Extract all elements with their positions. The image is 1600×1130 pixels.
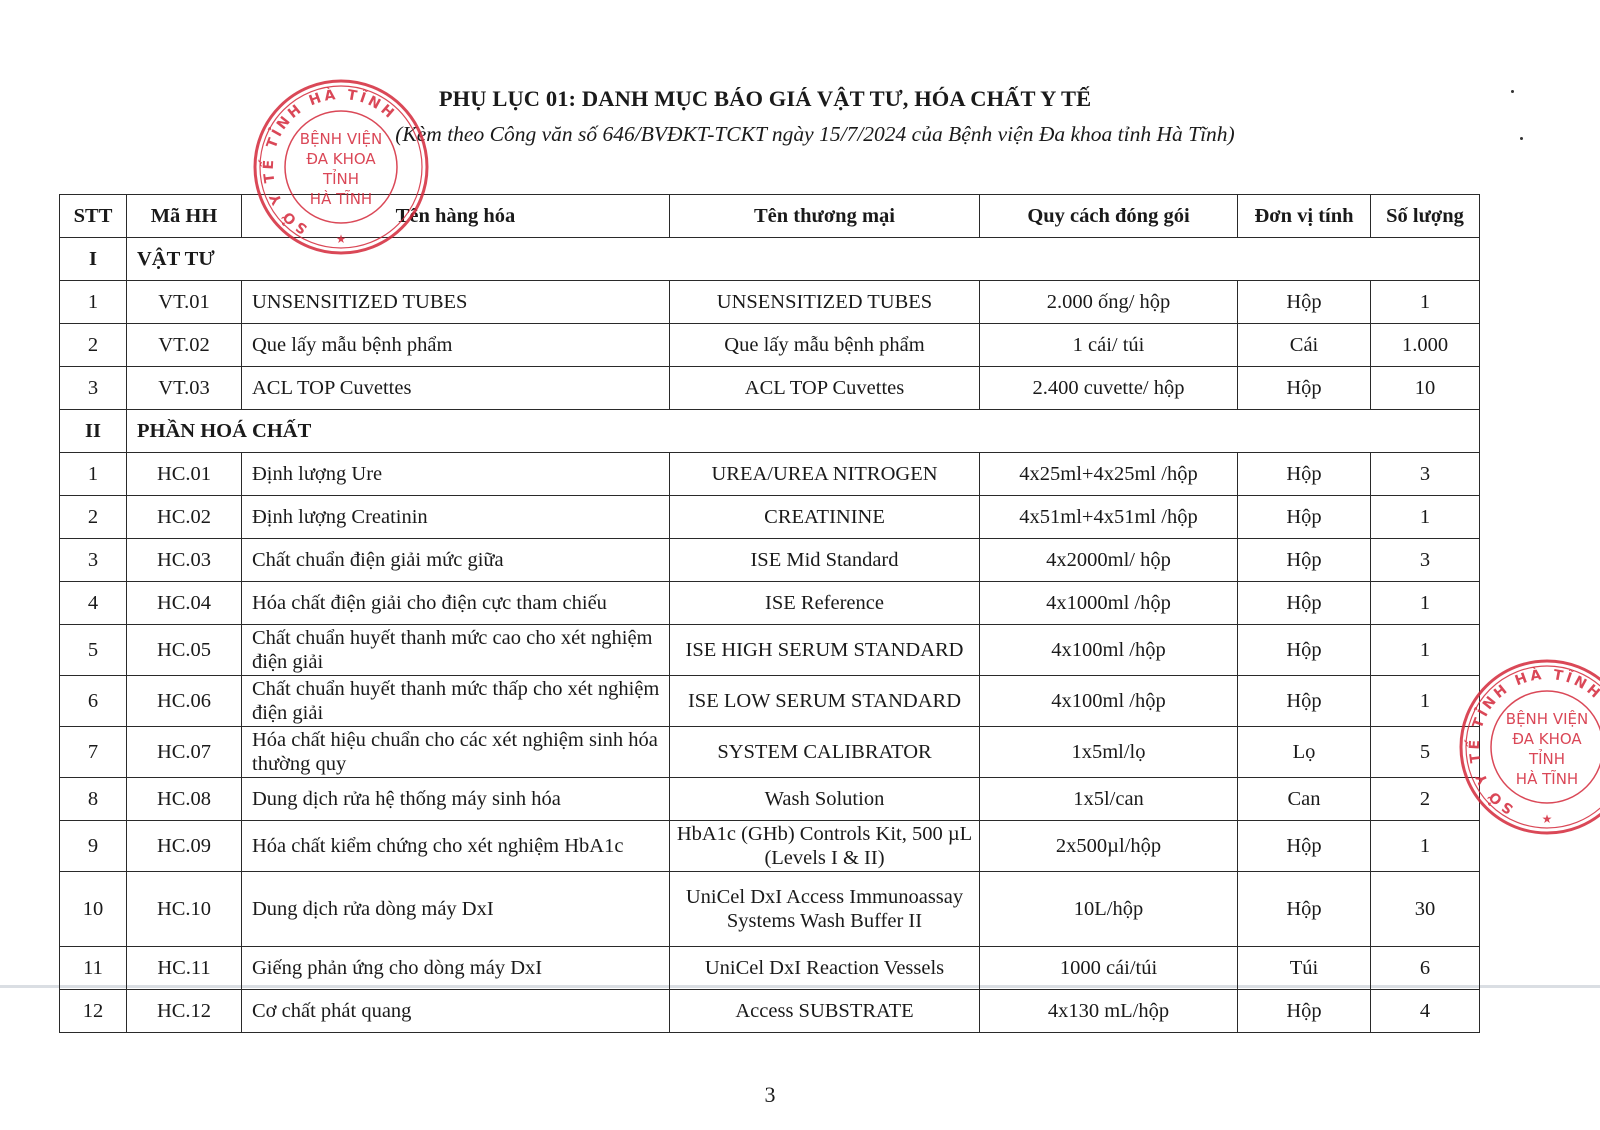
- cell-trade-name: Que lấy mẫu bệnh phẩm: [670, 324, 980, 367]
- cell-packing: 1 cái/ túi: [980, 324, 1238, 367]
- header-name: Tên hàng hóa: [242, 195, 670, 238]
- cell-name: UNSENSITIZED TUBES: [242, 281, 670, 324]
- table-row: 6HC.06Chất chuẩn huyết thanh mức thấp ch…: [60, 676, 1480, 727]
- cell-packing: 4x25ml+4x25ml /hộp: [980, 453, 1238, 496]
- section-label: PHẦN HOÁ CHẤT: [127, 410, 1480, 453]
- table-row: 10HC.10Dung dịch rửa dòng máy DxIUniCel …: [60, 872, 1480, 947]
- cell-name: Chất chuẩn huyết thanh mức cao cho xét n…: [242, 625, 670, 676]
- cell-packing: 2.000 ống/ hộp: [980, 281, 1238, 324]
- cell-packing: 1x5l/can: [980, 778, 1238, 821]
- cell-qty: 3: [1371, 453, 1480, 496]
- cell-trade-name: Wash Solution: [670, 778, 980, 821]
- cell-trade-name: CREATININE: [670, 496, 980, 539]
- page-title: PHỤ LỤC 01: DANH MỤC BÁO GIÁ VẬT TƯ, HÓA…: [0, 86, 1530, 112]
- cell-unit: Lọ: [1238, 727, 1371, 778]
- table-row: 4HC.04Hóa chất điện giải cho điện cực th…: [60, 582, 1480, 625]
- cell-name: Cơ chất phát quang: [242, 990, 670, 1033]
- header-qty: Số lượng: [1371, 195, 1480, 238]
- cell-packing: 1000 cái/túi: [980, 947, 1238, 990]
- section-index: I: [60, 238, 127, 281]
- cell-trade-name: ISE HIGH SERUM STANDARD: [670, 625, 980, 676]
- cell-qty: 30: [1371, 872, 1480, 947]
- cell-unit: Hộp: [1238, 821, 1371, 872]
- cell-stt: 5: [60, 625, 127, 676]
- table-row: 3VT.03ACL TOP CuvettesACL TOP Cuvettes2.…: [60, 367, 1480, 410]
- cell-stt: 12: [60, 990, 127, 1033]
- table-header-row: STTMã HHTên hàng hóaTên thương mạiQuy cá…: [60, 195, 1480, 238]
- cell-code: HC.03: [127, 539, 242, 582]
- cell-stt: 6: [60, 676, 127, 727]
- cell-unit: Hộp: [1238, 453, 1371, 496]
- cell-unit: Túi: [1238, 947, 1371, 990]
- cell-packing: 2x500µl/hộp: [980, 821, 1238, 872]
- cell-name: Hóa chất điện giải cho điện cực tham chi…: [242, 582, 670, 625]
- cell-stt: 4: [60, 582, 127, 625]
- cell-qty: 3: [1371, 539, 1480, 582]
- cell-code: HC.09: [127, 821, 242, 872]
- header-stt: STT: [60, 195, 127, 238]
- cell-stt: 7: [60, 727, 127, 778]
- cell-packing: 4x100ml /hộp: [980, 676, 1238, 727]
- table-body: IVẬT TƯ1VT.01UNSENSITIZED TUBESUNSENSITI…: [60, 238, 1480, 1033]
- cell-stt: 2: [60, 496, 127, 539]
- cell-trade-name: ISE Mid Standard: [670, 539, 980, 582]
- cell-code: HC.12: [127, 990, 242, 1033]
- cell-name: Giếng phản ứng cho dòng máy DxI: [242, 947, 670, 990]
- header-code: Mã HH: [127, 195, 242, 238]
- table-row: 12HC.12Cơ chất phát quangAccess SUBSTRAT…: [60, 990, 1480, 1033]
- cell-packing: 4x100ml /hộp: [980, 625, 1238, 676]
- header-unit: Đơn vị tính: [1238, 195, 1371, 238]
- cell-trade-name: ISE LOW SERUM STANDARD: [670, 676, 980, 727]
- cell-stt: 1: [60, 453, 127, 496]
- cell-stt: 3: [60, 367, 127, 410]
- cell-trade-name: HbA1c (GHb) Controls Kit, 500 µL (Levels…: [670, 821, 980, 872]
- cell-code: VT.03: [127, 367, 242, 410]
- svg-text:ĐA KHOA: ĐA KHOA: [306, 150, 376, 168]
- cell-code: HC.11: [127, 947, 242, 990]
- svg-text:HÀ TĨNH: HÀ TĨNH: [1516, 769, 1578, 788]
- cell-qty: 1: [1371, 281, 1480, 324]
- cell-qty: 6: [1371, 947, 1480, 990]
- section-index: II: [60, 410, 127, 453]
- section-row: IVẬT TƯ: [60, 238, 1480, 281]
- cell-name: Que lấy mẫu bệnh phẩm: [242, 324, 670, 367]
- section-row: IIPHẦN HOÁ CHẤT: [60, 410, 1480, 453]
- cell-trade-name: UNSENSITIZED TUBES: [670, 281, 980, 324]
- cell-name: Hóa chất kiểm chứng cho xét nghiệm HbA1c: [242, 821, 670, 872]
- cell-name: ACL TOP Cuvettes: [242, 367, 670, 410]
- svg-text:SỞ Y TẾ TỈNH HÀ TĨNH: SỞ Y TẾ TỈNH HÀ TĨNH: [1464, 666, 1600, 817]
- table-row: 2HC.02Định lượng CreatininCREATININE4x51…: [60, 496, 1480, 539]
- table-row: 11HC.11Giếng phản ứng cho dòng máy DxIUn…: [60, 947, 1480, 990]
- cell-packing: 10L/hộp: [980, 872, 1238, 947]
- cell-code: HC.01: [127, 453, 242, 496]
- cell-qty: 1.000: [1371, 324, 1480, 367]
- cell-unit: Can: [1238, 778, 1371, 821]
- svg-text:BỆNH VIỆN: BỆNH VIỆN: [1506, 709, 1588, 728]
- cell-code: HC.05: [127, 625, 242, 676]
- cell-trade-name: UREA/UREA NITROGEN: [670, 453, 980, 496]
- cell-unit: Hộp: [1238, 625, 1371, 676]
- cell-name: Định lượng Creatinin: [242, 496, 670, 539]
- cell-unit: Cái: [1238, 324, 1371, 367]
- cell-qty: 1: [1371, 582, 1480, 625]
- cell-code: HC.08: [127, 778, 242, 821]
- header-trade-name: Tên thương mại: [670, 195, 980, 238]
- table-row: 5HC.05Chất chuẩn huyết thanh mức cao cho…: [60, 625, 1480, 676]
- cell-packing: 2.400 cuvette/ hộp: [980, 367, 1238, 410]
- cell-qty: 1: [1371, 625, 1480, 676]
- cell-qty: 2: [1371, 778, 1480, 821]
- cell-name: Chất chuẩn điện giải mức giữa: [242, 539, 670, 582]
- price-quote-table: STTMã HHTên hàng hóaTên thương mạiQuy cá…: [59, 194, 1480, 1033]
- cell-code: HC.10: [127, 872, 242, 947]
- cell-stt: 1: [60, 281, 127, 324]
- svg-text:★: ★: [1542, 812, 1553, 826]
- cell-qty: 1: [1371, 496, 1480, 539]
- table-row: 3HC.03Chất chuẩn điện giải mức giữaISE M…: [60, 539, 1480, 582]
- cell-stt: 9: [60, 821, 127, 872]
- cell-packing: 1x5ml/lọ: [980, 727, 1238, 778]
- cell-qty: 4: [1371, 990, 1480, 1033]
- cell-code: VT.02: [127, 324, 242, 367]
- cell-code: HC.04: [127, 582, 242, 625]
- cell-trade-name: ISE Reference: [670, 582, 980, 625]
- cell-name: Định lượng Ure: [242, 453, 670, 496]
- cell-packing: 4x130 mL/hộp: [980, 990, 1238, 1033]
- table-row: 1VT.01UNSENSITIZED TUBESUNSENSITIZED TUB…: [60, 281, 1480, 324]
- cell-unit: Hộp: [1238, 367, 1371, 410]
- cell-unit: Hộp: [1238, 582, 1371, 625]
- table-row: 1HC.01Định lượng UreUREA/UREA NITROGEN4x…: [60, 453, 1480, 496]
- cell-stt: 8: [60, 778, 127, 821]
- cell-stt: 10: [60, 872, 127, 947]
- table-row: 7HC.07Hóa chất hiệu chuẩn cho các xét ng…: [60, 727, 1480, 778]
- svg-text:ĐA KHOA: ĐA KHOA: [1512, 730, 1582, 748]
- cell-unit: Hộp: [1238, 496, 1371, 539]
- cell-stt: 11: [60, 947, 127, 990]
- page-subtitle: (Kèm theo Công văn số 646/BVĐKT-TCKT ngà…: [0, 122, 1600, 147]
- cell-code: HC.02: [127, 496, 242, 539]
- table-row: 8HC.08Dung dịch rửa hệ thống máy sinh hó…: [60, 778, 1480, 821]
- cell-trade-name: UniCel DxI Reaction Vessels: [670, 947, 980, 990]
- cell-unit: Hộp: [1238, 990, 1371, 1033]
- cell-stt: 2: [60, 324, 127, 367]
- cell-name: Hóa chất hiệu chuẩn cho các xét nghiệm s…: [242, 727, 670, 778]
- cell-qty: 5: [1371, 727, 1480, 778]
- cell-name: Dung dịch rửa dòng máy DxI: [242, 872, 670, 947]
- cell-unit: Hộp: [1238, 676, 1371, 727]
- section-label: VẬT TƯ: [127, 238, 1480, 281]
- cell-packing: 4x51ml+4x51ml /hộp: [980, 496, 1238, 539]
- cell-name: Dung dịch rửa hệ thống máy sinh hóa: [242, 778, 670, 821]
- cell-qty: 10: [1371, 367, 1480, 410]
- page-number: 3: [0, 1082, 1540, 1108]
- cell-packing: 4x2000ml/ hộp: [980, 539, 1238, 582]
- cell-qty: 1: [1371, 821, 1480, 872]
- cell-code: HC.07: [127, 727, 242, 778]
- cell-trade-name: Access SUBSTRATE: [670, 990, 980, 1033]
- cell-packing: 4x1000ml /hộp: [980, 582, 1238, 625]
- table-row: 9HC.09Hóa chất kiểm chứng cho xét nghiệm…: [60, 821, 1480, 872]
- cell-unit: Hộp: [1238, 281, 1371, 324]
- header-packing: Quy cách đóng gói: [980, 195, 1238, 238]
- cell-trade-name: UniCel DxI Access Immunoassay Systems Wa…: [670, 872, 980, 947]
- cell-name: Chất chuẩn huyết thanh mức thấp cho xét …: [242, 676, 670, 727]
- table-row: 2VT.02Que lấy mẫu bệnh phẩmQue lấy mẫu b…: [60, 324, 1480, 367]
- svg-text:TỈNH: TỈNH: [1528, 748, 1565, 768]
- cell-trade-name: SYSTEM CALIBRATOR: [670, 727, 980, 778]
- cell-stt: 3: [60, 539, 127, 582]
- cell-unit: Hộp: [1238, 872, 1371, 947]
- svg-text:TỈNH: TỈNH: [322, 168, 359, 188]
- cell-code: HC.06: [127, 676, 242, 727]
- cell-trade-name: ACL TOP Cuvettes: [670, 367, 980, 410]
- cell-code: VT.01: [127, 281, 242, 324]
- cell-unit: Hộp: [1238, 539, 1371, 582]
- cell-qty: 1: [1371, 676, 1480, 727]
